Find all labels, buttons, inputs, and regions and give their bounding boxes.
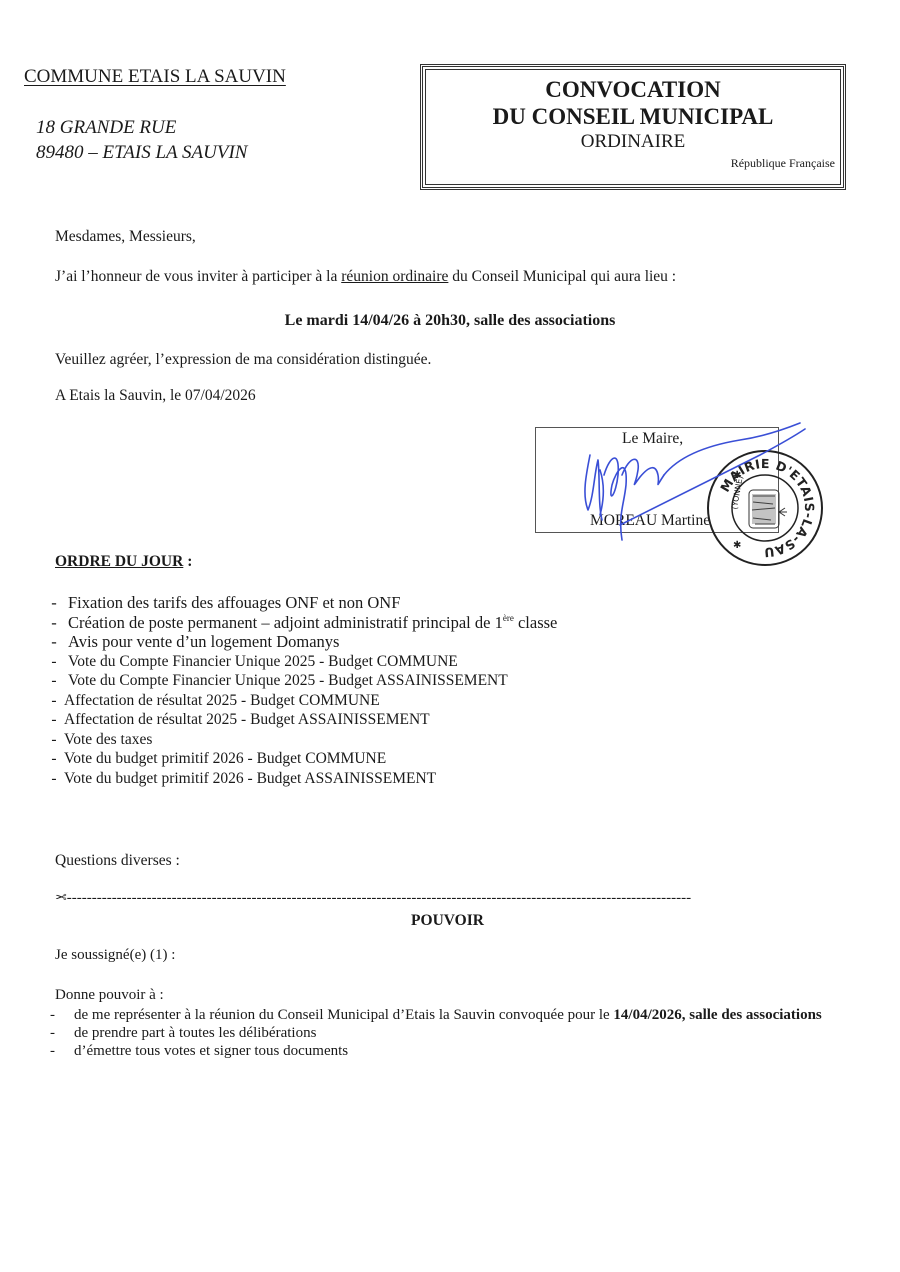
agenda-item-text: Vote des taxes bbox=[64, 731, 152, 748]
mairie-stamp-icon: MAIRIE D'ETAIS-LA-SAUVIN (YONNE) ✱ ✱ bbox=[705, 448, 825, 568]
agenda-item: -Vote du budget primitif 2026 - Budget C… bbox=[44, 749, 557, 769]
pouvoir-item-text: de me représenter à la réunion du Consei… bbox=[74, 1007, 613, 1023]
agenda-title: ORDRE DU JOUR : bbox=[55, 553, 192, 571]
intro-text-end: du Conseil Municipal qui aura lieu : bbox=[448, 268, 676, 285]
agenda-item-text-end: classe bbox=[514, 613, 558, 632]
closing-formula: Veuillez agréer, l’expression de ma cons… bbox=[55, 351, 431, 369]
bullet-dash: - bbox=[50, 1006, 55, 1024]
pouvoir-list: -de me représenter à la réunion du Conse… bbox=[50, 1006, 830, 1060]
agenda-item: -Affectation de résultat 2025 - Budget A… bbox=[44, 710, 557, 730]
bullet-dash: - bbox=[44, 749, 64, 769]
bullet-dash: - bbox=[44, 730, 64, 750]
agenda-item-text: Création de poste permanent – adjoint ad… bbox=[68, 613, 503, 632]
bullet-dash: - bbox=[40, 652, 68, 672]
bullet-dash: - bbox=[40, 593, 68, 613]
commune-name: COMMUNE ETAIS LA SAUVIN bbox=[24, 66, 286, 88]
agenda-item: -Vote du Compte Financier Unique 2025 - … bbox=[40, 652, 557, 672]
place-and-date: A Etais la Sauvin, le 07/04/2026 bbox=[55, 387, 256, 405]
bullet-dash: - bbox=[40, 632, 68, 652]
svg-text:✱: ✱ bbox=[733, 540, 741, 551]
agenda-item-text: Affectation de résultat 2025 - Budget AS… bbox=[64, 711, 430, 728]
intro-underlined: réunion ordinaire bbox=[341, 268, 448, 285]
bullet-dash: - bbox=[50, 1024, 55, 1042]
donne-pouvoir-label: Donne pouvoir à : bbox=[55, 987, 164, 1004]
cut-line: ✂---------------------------------------… bbox=[55, 890, 691, 907]
questions-diverses: Questions diverses : bbox=[55, 852, 180, 870]
agenda-title-colon: : bbox=[183, 553, 192, 570]
bullet-dash: - bbox=[44, 769, 64, 789]
superscript: ère bbox=[503, 613, 514, 623]
agenda-item-text: Avis pour vente d’un logement Domanys bbox=[68, 632, 339, 651]
greeting: Mesdames, Messieurs, bbox=[55, 228, 196, 246]
svg-text:✱: ✱ bbox=[733, 470, 741, 481]
agenda-item: -Vote des taxes bbox=[44, 730, 557, 750]
scissors-icon: ✂ bbox=[55, 890, 67, 906]
convocation-title-box: CONVOCATION DU CONSEIL MUNICIPAL ORDINAI… bbox=[420, 64, 846, 190]
agenda-item: -Vote du Compte Financier Unique 2025 - … bbox=[40, 671, 557, 691]
agenda-item-text: Vote du Compte Financier Unique 2025 - B… bbox=[68, 653, 458, 670]
pouvoir-item-text: d’émettre tous votes et signer tous docu… bbox=[74, 1043, 348, 1059]
agenda-item: -Affectation de résultat 2025 - Budget C… bbox=[44, 691, 557, 711]
intro-text: J’ai l’honneur de vous inviter à partici… bbox=[55, 268, 341, 285]
agenda-title-text: ORDRE DU JOUR bbox=[55, 553, 183, 570]
bullet-dash: - bbox=[40, 613, 68, 633]
address-line-2: 89480 – ETAIS LA SAUVIN bbox=[36, 142, 247, 164]
intro-paragraph: J’ai l’honneur de vous inviter à partici… bbox=[55, 268, 676, 286]
title-convocation: CONVOCATION bbox=[423, 77, 843, 103]
agenda-list: -Fixation des tarifs des affouages ONF e… bbox=[40, 593, 557, 788]
meeting-details: Le mardi 14/04/26 à 20h30, salle des ass… bbox=[0, 312, 900, 330]
pouvoir-item-bold: 14/04/2026, salle des associations bbox=[613, 1007, 821, 1023]
title-ordinaire: ORDINAIRE bbox=[423, 131, 843, 153]
pouvoir-title: POUVOIR bbox=[0, 912, 895, 930]
bullet-dash: - bbox=[40, 671, 68, 691]
pouvoir-item: -de me représenter à la réunion du Conse… bbox=[50, 1006, 830, 1024]
pouvoir-item: -d’émettre tous votes et signer tous doc… bbox=[50, 1042, 830, 1060]
agenda-item-text: Fixation des tarifs des affouages ONF et… bbox=[68, 593, 400, 612]
soussigne-field: Je soussigné(e) (1) : bbox=[55, 947, 175, 964]
signatory-title: Le Maire, bbox=[622, 430, 683, 448]
agenda-item: -Vote du budget primitif 2026 - Budget A… bbox=[44, 769, 557, 789]
address-line-1: 18 GRANDE RUE bbox=[36, 117, 176, 139]
signatory-name: MOREAU Martine bbox=[590, 512, 710, 530]
agenda-item-text: Vote du Compte Financier Unique 2025 - B… bbox=[68, 672, 508, 689]
republique-francaise: République Française bbox=[731, 156, 835, 171]
cut-dashes: ----------------------------------------… bbox=[67, 890, 691, 906]
agenda-item: -Création de poste permanent – adjoint a… bbox=[40, 613, 557, 633]
pouvoir-item-text: de prendre part à toutes les délibératio… bbox=[74, 1025, 316, 1041]
agenda-item: -Avis pour vente d’un logement Domanys bbox=[40, 632, 557, 652]
agenda-item-text: Vote du budget primitif 2026 - Budget CO… bbox=[64, 750, 386, 767]
bullet-dash: - bbox=[44, 691, 64, 711]
pouvoir-item: -de prendre part à toutes les délibérati… bbox=[50, 1024, 830, 1042]
bullet-dash: - bbox=[50, 1042, 55, 1060]
agenda-item-text: Affectation de résultat 2025 - Budget CO… bbox=[64, 692, 380, 709]
agenda-item-text: Vote du budget primitif 2026 - Budget AS… bbox=[64, 770, 436, 787]
agenda-item: -Fixation des tarifs des affouages ONF e… bbox=[40, 593, 557, 613]
title-conseil-municipal: DU CONSEIL MUNICIPAL bbox=[423, 104, 843, 130]
bullet-dash: - bbox=[44, 710, 64, 730]
